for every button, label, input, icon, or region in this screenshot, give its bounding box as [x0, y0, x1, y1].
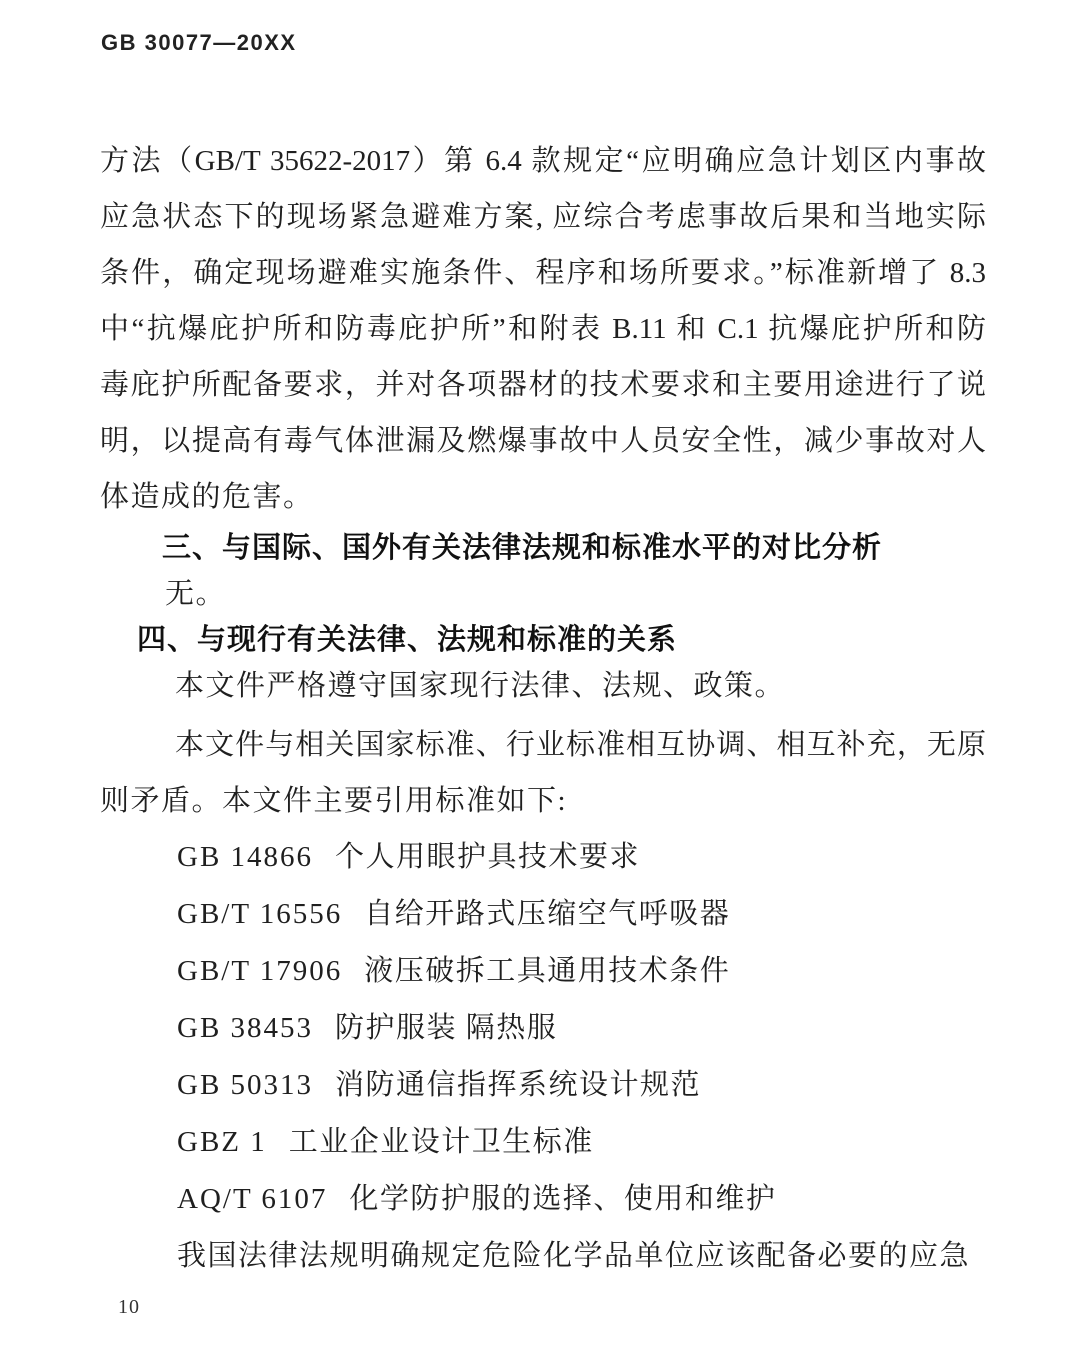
standard-code: AQ/T 6107	[177, 1183, 327, 1215]
para-line: 应急状态下的现场紧急避难方案, 应综合考虑事故后果和当地实际	[100, 189, 986, 245]
standard-title: 化学防护服的选择、使用和维护	[349, 1183, 776, 1215]
standard-code: GB 38453	[177, 1012, 313, 1044]
para-line: 明，以提高有毒气体泄漏及燃爆事故中人员安全性，减少事故对人	[100, 413, 986, 469]
section-3-body: 无。	[100, 571, 986, 617]
section-3: 三、与国际、国外有关法律法规和标准水平的对比分析 无。 四、与现行有关法律、法规…	[100, 525, 986, 709]
para-line: 中“抗爆庇护所和防毒庇护所”和附表 B.11 和 C.1 抗爆庇护所和防	[100, 301, 986, 357]
page-content: 方法（GB/T 35622-2017）第 6.4 款规定“应明确应急计划区内事故…	[100, 133, 986, 1285]
standard-code: GB 50313	[177, 1069, 313, 1101]
para-line: 则矛盾。本文件主要引用标准如下:	[100, 773, 986, 829]
para-line: 条件，确定现场避难实施条件、程序和场所要求。”标准新增了 8.3	[100, 245, 986, 301]
standard-title: 个人用眼护具技术要求	[335, 841, 640, 873]
standard-code: GB 14866	[177, 841, 313, 873]
standard-item: AQ/T 6107化学防护服的选择、使用和维护	[100, 1171, 986, 1228]
page-number: 10	[118, 1296, 140, 1319]
para-line: 毒庇护所配备要求，并对各项器材的技术要求和主要用途进行了说	[100, 357, 986, 413]
section-4-heading: 四、与现行有关法律、法规和标准的关系	[100, 617, 986, 663]
standard-title: 自给开路式压缩空气呼吸器	[364, 898, 730, 930]
standards-list: GB 14866个人用眼护具技术要求 GB/T 16556自给开路式压缩空气呼吸…	[100, 829, 986, 1228]
standard-code: GB/T 16556	[177, 898, 342, 930]
standard-item: GBZ 1工业企业设计卫生标准	[100, 1114, 986, 1171]
closing-paragraph-line: 我国法律法规明确规定危险化学品单位应该配备必要的应急	[100, 1228, 986, 1285]
para-line: 方法（GB/T 35622-2017）第 6.4 款规定“应明确应急计划区内事故	[100, 133, 986, 189]
paragraph-1: 方法（GB/T 35622-2017）第 6.4 款规定“应明确应急计划区内事故…	[100, 133, 986, 525]
standard-item: GB 50313消防通信指挥系统设计规范	[100, 1057, 986, 1114]
standard-item: GB 14866个人用眼护具技术要求	[100, 829, 986, 886]
standard-title: 消防通信指挥系统设计规范	[335, 1069, 701, 1101]
standard-title: 工业企业设计卫生标准	[289, 1126, 594, 1158]
standard-item: GB/T 16556自给开路式压缩空气呼吸器	[100, 886, 986, 943]
section-4-line: 本文件严格遵守国家现行法律、法规、政策。	[100, 663, 986, 709]
section-3-heading: 三、与国际、国外有关法律法规和标准水平的对比分析	[100, 525, 986, 571]
standard-item: GB/T 17906液压破拆工具通用技术条件	[100, 943, 986, 1000]
doc-code-header: GB 30077—20XX	[101, 30, 297, 56]
standard-title: 液压破拆工具通用技术条件	[364, 955, 730, 987]
standard-code: GBZ 1	[177, 1126, 267, 1158]
para-line: 本文件与相关国家标准、行业标准相互协调、相互补充，无原	[100, 717, 986, 773]
section-4-paragraph: 本文件与相关国家标准、行业标准相互协调、相互补充，无原 则矛盾。本文件主要引用标…	[100, 717, 986, 829]
para-line: 体造成的危害。	[100, 469, 986, 525]
document-page: GB 30077—20XX 方法（GB/T 35622-2017）第 6.4 款…	[0, 0, 1080, 1349]
standard-code: GB/T 17906	[177, 955, 342, 987]
standard-item: GB 38453防护服装 隔热服	[100, 1000, 986, 1057]
standard-title: 防护服装 隔热服	[335, 1012, 557, 1044]
